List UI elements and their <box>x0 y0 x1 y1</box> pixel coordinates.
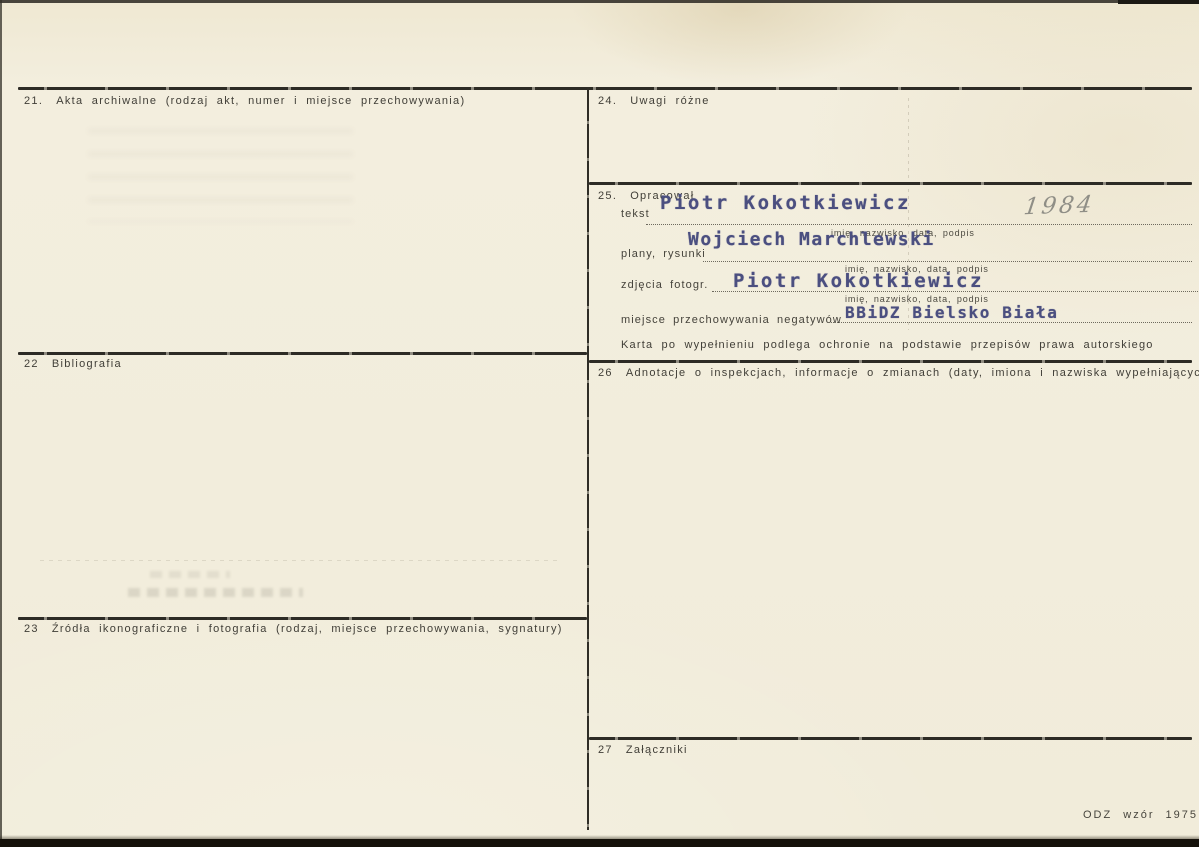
imprint: ODZ wzór 1975 r. <box>1083 809 1199 821</box>
section-23-title: Źródła ikonograficzne i fotografia (rodz… <box>52 623 563 635</box>
section-22-title: Bibliografia <box>52 358 122 370</box>
section-21-title: Akta archiwalne (rodzaj akt, numer i mie… <box>56 95 465 107</box>
scan-edge-top <box>0 0 1199 3</box>
section-24-title: Uwagi różne <box>630 95 709 107</box>
rule-divider-21-22 <box>18 352 587 355</box>
bleed-through-ghost <box>150 571 230 578</box>
field-tekst-line <box>646 224 1192 225</box>
bleed-through-ghost <box>128 588 303 597</box>
rule-divider-24-25 <box>589 182 1192 185</box>
field-plany-rysunki-label: plany, rysunki <box>621 248 706 260</box>
section-22-number: 22 <box>24 358 39 370</box>
scan-edge-top-right <box>1118 0 1199 4</box>
rule-vertical-divider <box>587 87 589 830</box>
field-zdjecia-fotogr-label: zdjęcia fotogr. <box>621 279 708 291</box>
field-zdjecia-fotogr-value: Piotr Kokotkiewicz <box>733 270 984 292</box>
field-tekst-value: Piotr Kokotkiewicz <box>660 192 911 214</box>
section-21-number: 21. <box>24 95 43 107</box>
section-23-label: 23Źródła ikonograficzne i fotografia (ro… <box>24 623 563 635</box>
scan-edge-bottom <box>0 839 1199 847</box>
section-24-label: 24.Uwagi różne <box>598 95 710 107</box>
section-27-label: 27Załączniki <box>598 744 688 756</box>
rule-divider-26-27 <box>589 737 1192 740</box>
paper-crease-horizontal <box>40 560 560 561</box>
section-25-number: 25. <box>598 190 617 202</box>
field-zdjecia-fotogr-line <box>712 291 1198 292</box>
section-26-number: 26 <box>598 367 613 379</box>
section-26-title: Adnotacje o inspekcjach, informacje o zm… <box>626 367 1199 379</box>
section-23-number: 23 <box>24 623 39 635</box>
rule-divider-25-26 <box>589 360 1192 363</box>
rule-divider-22-23 <box>18 617 587 620</box>
field-negatywy-label: miejsce przechowywania negatywów <box>621 314 842 326</box>
bleed-through-ghost <box>88 128 353 223</box>
field-negatywy-line <box>829 322 1192 323</box>
section-22-label: 22Bibliografia <box>24 358 122 370</box>
section-21-label: 21.Akta archiwalne (rodzaj akt, numer i … <box>24 95 465 107</box>
section-27-number: 27 <box>598 744 613 756</box>
field-negatywy-value: BBiDZ Bielsko Biała <box>845 303 1058 322</box>
scan-edge-left <box>0 0 2 847</box>
section-24-number: 24. <box>598 95 617 107</box>
form-page: 21.Akta archiwalne (rodzaj akt, numer i … <box>0 0 1199 847</box>
section-27-title: Załączniki <box>626 744 688 756</box>
field-tekst-label: tekst <box>621 208 650 220</box>
field-plany-rysunki-line <box>703 261 1192 262</box>
field-plany-rysunki-value: Wojciech Marchlewski <box>688 229 935 250</box>
rule-top <box>18 87 1192 90</box>
section-26-label: 26Adnotacje o inspekcjach, informacje o … <box>598 367 1199 379</box>
annotation-year: 1984 <box>1022 192 1096 221</box>
copyright-note: Karta po wypełnieniu podlega ochronie na… <box>621 339 1154 351</box>
